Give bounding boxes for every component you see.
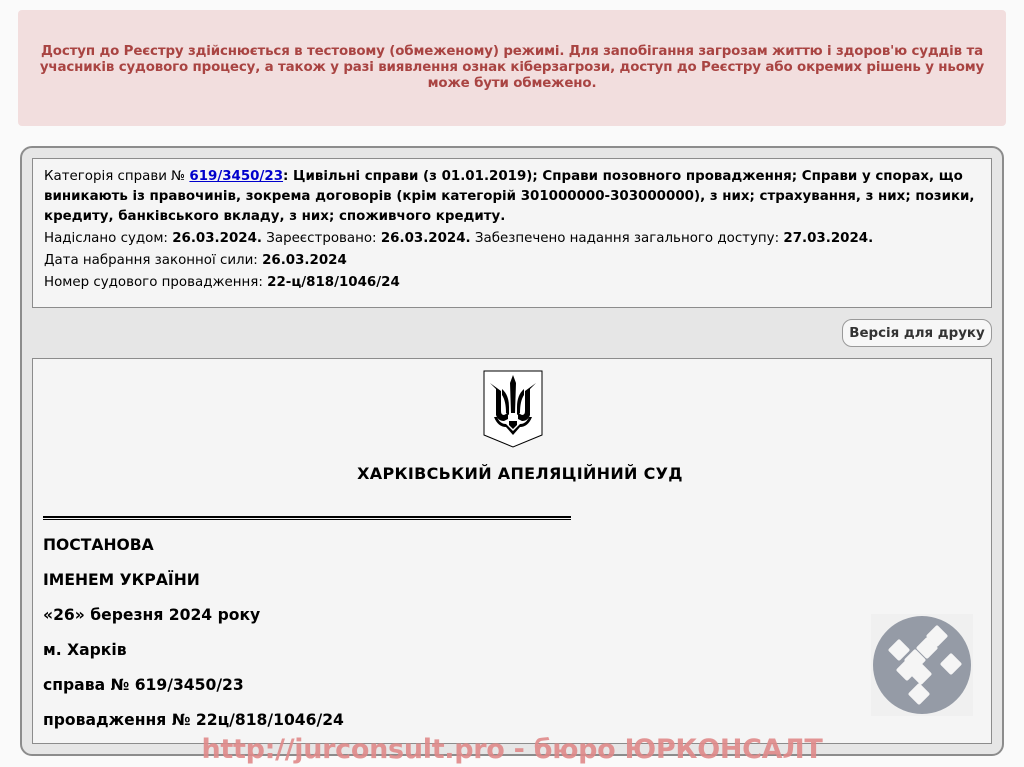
case-info-panel: Категорія справи № 619/3450/23: Цивільні… — [32, 158, 992, 308]
jurconsult-watermark-link[interactable]: http://jurconsult.pro - бюро ЮРКОНСАЛТ — [0, 734, 1024, 765]
access-warning-alert: Доступ до Реєстру здійснюється в тестово… — [18, 10, 1006, 126]
access-warning-text: Доступ до Реєстру здійснюється в тестово… — [34, 44, 990, 92]
public-access-label: Забезпечено надання загального доступу: — [475, 231, 779, 246]
proceeding-number-line: Номер судового провадження: 22-ц/818/104… — [44, 273, 980, 293]
sent-date: 26.03.2024. — [172, 231, 262, 246]
case-number-link[interactable]: 619/3450/23 — [189, 169, 283, 184]
court-name: ХАРКІВСЬКИЙ АПЕЛЯЦІЙНИЙ СУД — [33, 464, 991, 483]
coat-of-arms-of-ukraine-icon — [482, 369, 544, 449]
case-number: справа № 619/3450/23 — [43, 676, 244, 694]
registered-date: 26.03.2024. — [381, 231, 471, 246]
double-rule-divider — [43, 516, 571, 520]
proceeding-number-doc: провадження № 22ц/818/1046/24 — [43, 711, 344, 729]
decision-document: ХАРКІВСЬКИЙ АПЕЛЯЦІЙНИЙ СУД ПОСТАНОВА ІМ… — [32, 358, 992, 744]
effective-label: Дата набрання законної сили: — [44, 253, 258, 268]
effective-date-line: Дата набрання законної сили: 26.03.2024 — [44, 251, 980, 271]
proceeding-number: 22-ц/818/1046/24 — [267, 275, 400, 290]
jurconsult-logo-icon — [871, 614, 973, 716]
print-version-button[interactable]: Версія для друку — [842, 319, 992, 347]
decision-date: «26» березня 2024 року — [43, 606, 260, 624]
effective-date: 26.03.2024 — [262, 253, 347, 268]
category-label: Категорія справи № — [44, 169, 185, 184]
registered-label: Зареєстровано: — [266, 231, 376, 246]
decision-type: ПОСТАНОВА — [43, 536, 154, 554]
sent-label: Надіслано судом: — [44, 231, 168, 246]
proceeding-label: Номер судового провадження: — [44, 275, 263, 290]
in-the-name-of-ukraine: ІМЕНЕМ УКРАЇНИ — [43, 571, 200, 589]
case-dates: Надіслано судом: 26.03.2024. Зареєстрова… — [44, 229, 980, 249]
public-access-date: 27.03.2024. — [783, 231, 873, 246]
decision-city: м. Харків — [43, 641, 127, 659]
case-category: Категорія справи № 619/3450/23: Цивільні… — [44, 167, 980, 227]
